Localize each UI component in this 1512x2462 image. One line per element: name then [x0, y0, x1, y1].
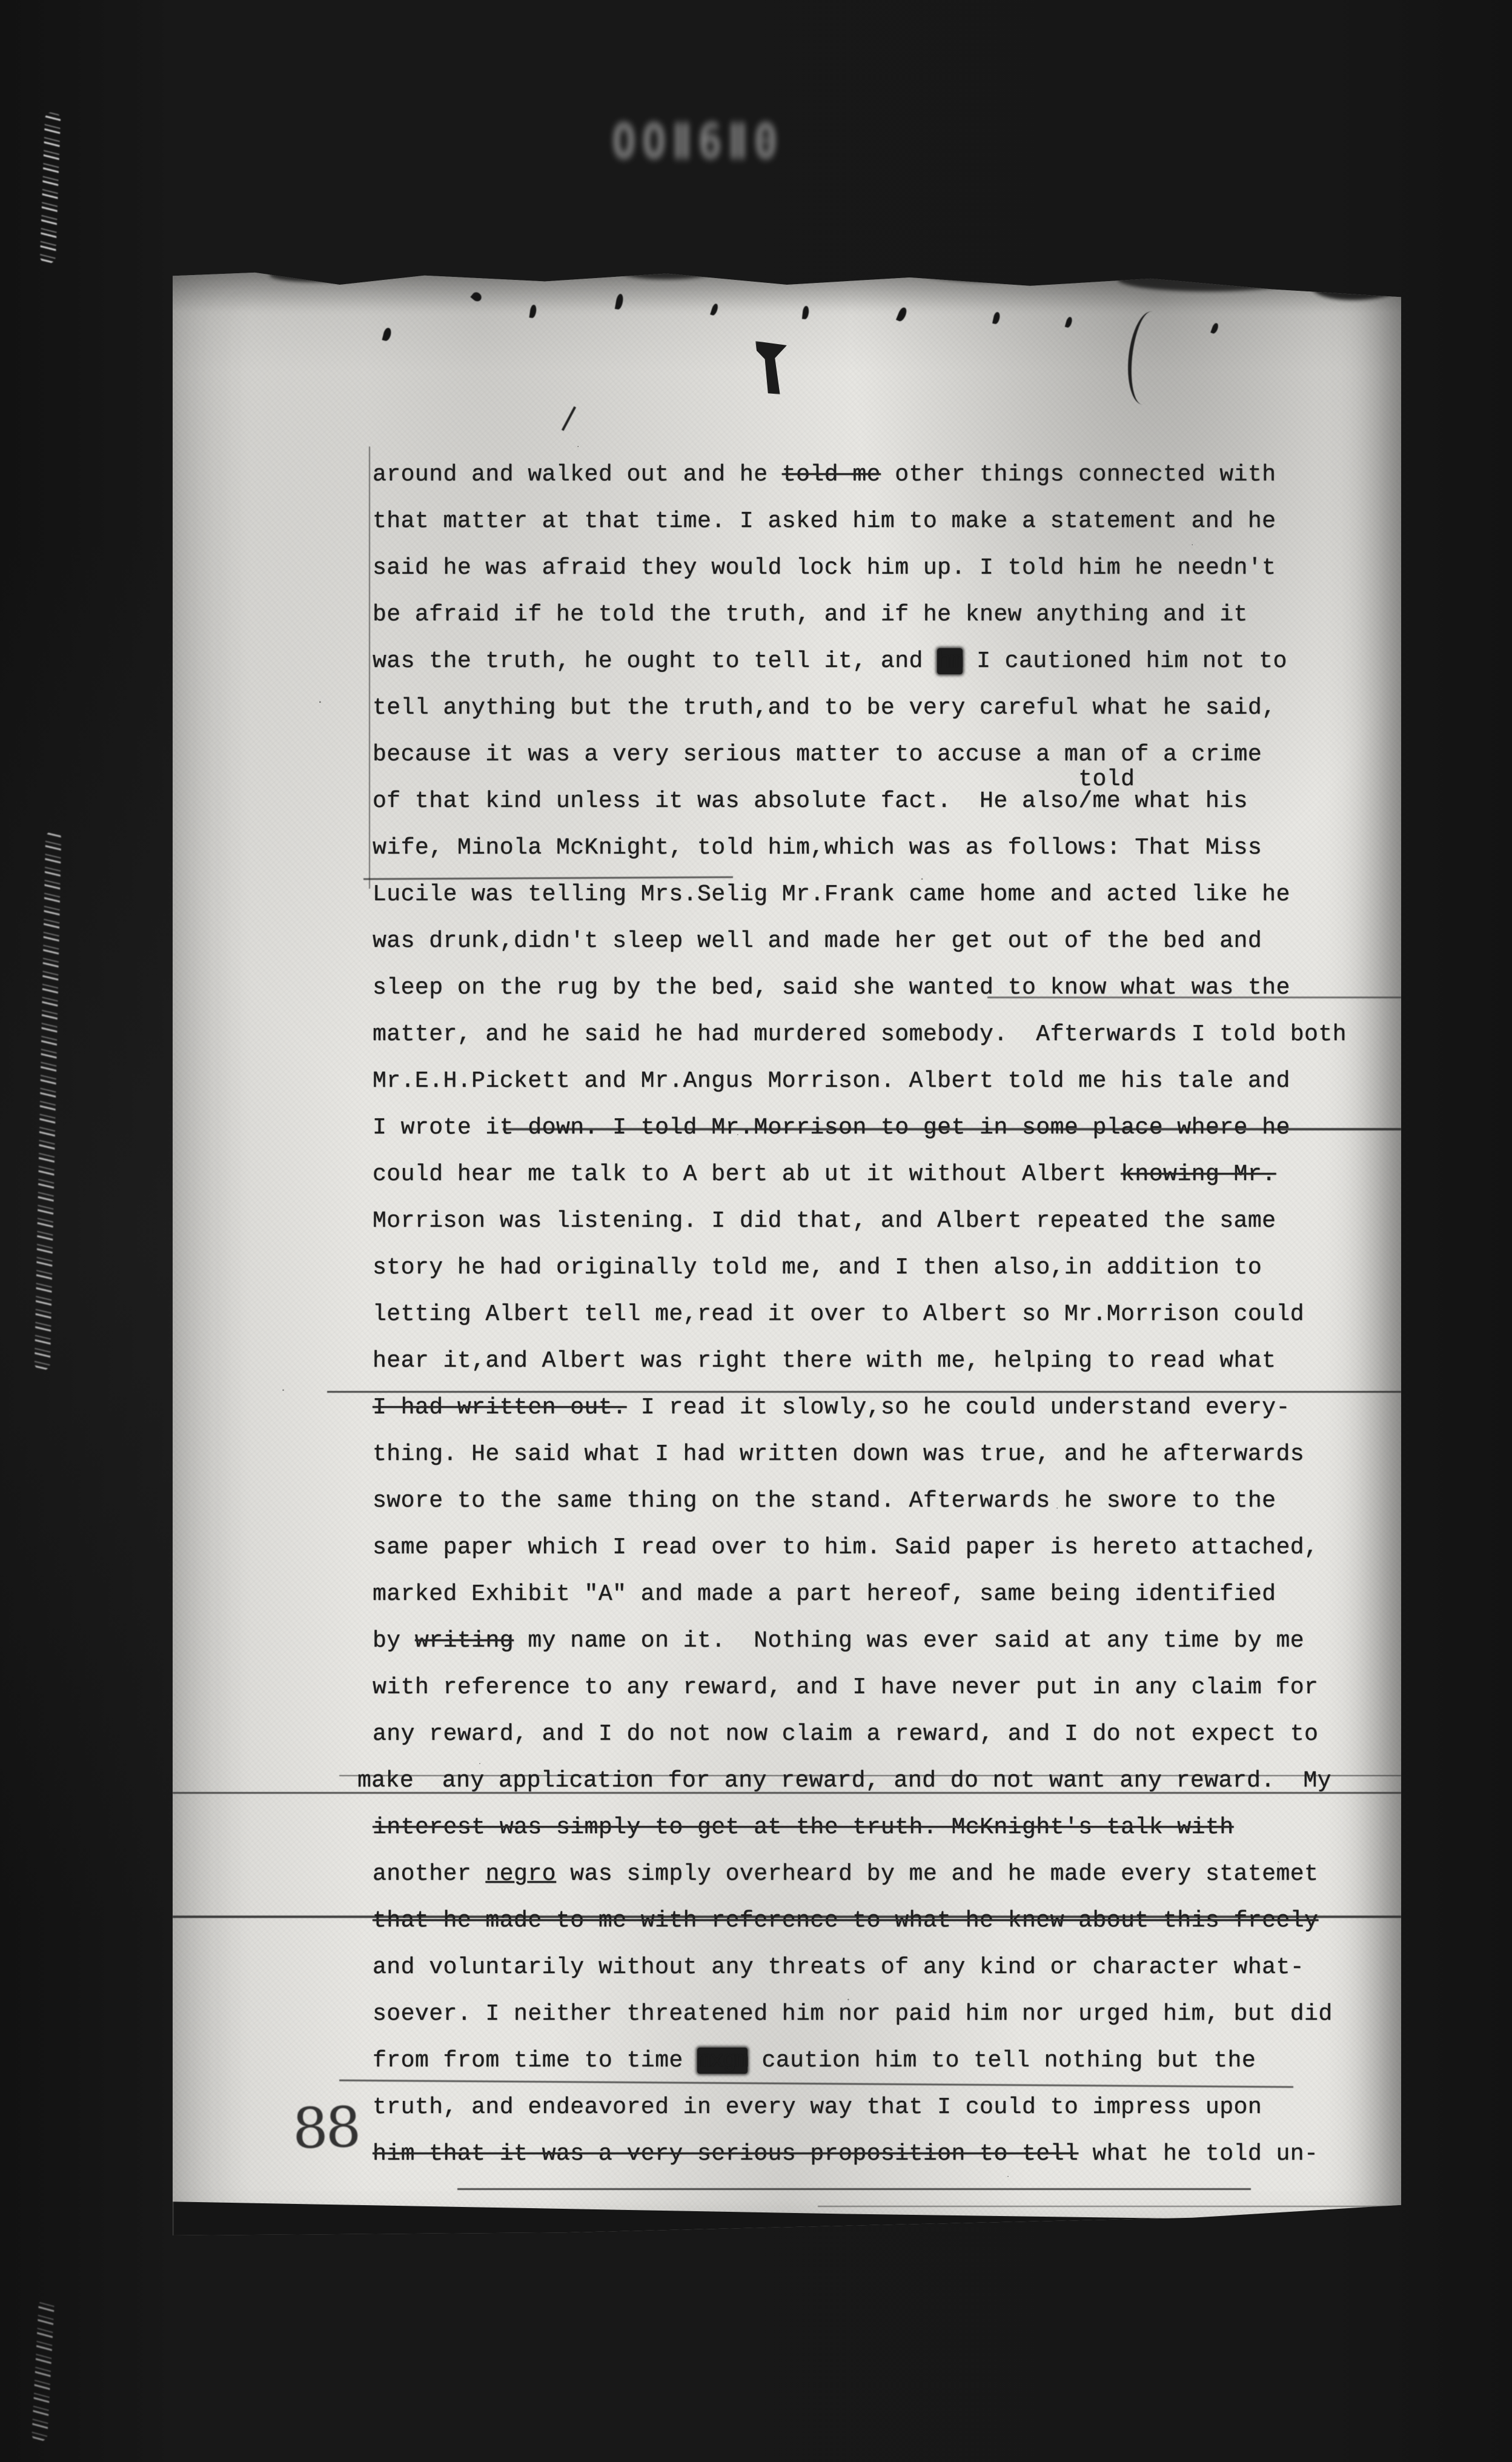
typed-segment: because it was a very serious matter to … — [373, 742, 1262, 768]
stray-slash-mark — [562, 406, 576, 431]
typed-segment: could hear me talk to A bert ab ut it wi… — [373, 1161, 1121, 1187]
typed-line-12: sleep on the rug by the bed, said she wa… — [373, 964, 1372, 1011]
typed-segment: soever. I neither threatened him nor pai… — [373, 2001, 1333, 2027]
typed-segment: by — [373, 1628, 415, 1654]
typed-segment: him that it was a very serious propositi… — [373, 2141, 1078, 2167]
typed-line-2: that matter at that time. I asked him to… — [373, 498, 1372, 545]
stray-ink-mark — [755, 341, 787, 394]
typed-segment: was drunk,didn't sleep well and made her… — [373, 928, 1262, 954]
typed-segment: that he made to me with reference to wha… — [373, 1908, 1318, 1934]
typed-segment: my name on it. Nothing was ever said at … — [514, 1628, 1304, 1654]
typed-line-27: with reference to any reward, and I have… — [373, 1664, 1372, 1711]
ink-speck — [710, 303, 719, 316]
page-number: 88 — [292, 2095, 360, 2162]
torn-edge-blob — [918, 264, 1033, 284]
typed-line-35: from from time to time mxgm caution him … — [373, 2037, 1372, 2084]
typed-segment: said he was afraid they would lock him u… — [373, 555, 1276, 581]
microfilm-frame: OOⅡ6Ⅱ0 around an — [0, 0, 1512, 2462]
typed-line-23: swore to the same thing on the stand. Af… — [373, 1478, 1372, 1524]
typed-segment: same paper which I read over to him. Sai… — [373, 1535, 1318, 1561]
typed-segment: negro — [485, 1861, 556, 1887]
typed-segment: thing. He said what I had written down w… — [373, 1441, 1304, 1467]
typed-line-37: him that it was a very serious propositi… — [373, 2131, 1372, 2177]
typed-segment: was simply overheard by me and he made e… — [556, 1861, 1318, 1887]
typed-line-19: letting Albert tell me,read it over to A… — [373, 1291, 1372, 1338]
bottom-torn-edge — [173, 2189, 1401, 2237]
typed-segment: wife, Minola McKnight, told him,which wa… — [373, 835, 1262, 861]
typed-line-3: said he was afraid they would lock him u… — [373, 545, 1372, 591]
typed-segment: Mr.E.H.Pickett and Mr.Angus Morrison. Al… — [373, 1068, 1290, 1094]
typed-line-14: Mr.E.H.Pickett and Mr.Angus Morrison. Al… — [373, 1058, 1372, 1104]
typed-line-30: interest was simply to get at the truth.… — [373, 1804, 1372, 1851]
typed-line-16: could hear me talk to A bert ab ut it wi… — [373, 1151, 1372, 1198]
torn-edge-blob — [621, 265, 712, 279]
typed-segment: matter, and he said he had murdered some… — [373, 1021, 1347, 1047]
typed-line-26: by writing my name on it. Nothing was ev… — [373, 1618, 1372, 1664]
typed-segment: caution him to tell nothing but the — [748, 2048, 1256, 2074]
typed-line-8: of that kind unless it was absolute fact… — [373, 778, 1372, 825]
typed-segment: I cautioned him not to — [963, 648, 1287, 674]
typed-segment: Lucile was telling Mrs.Selig Mr.Frank ca… — [373, 881, 1290, 907]
typed-line-36: truth, and endeavored in every way that … — [373, 2084, 1372, 2131]
typed-segment: I read it slowly,so he could understand … — [626, 1395, 1290, 1421]
typed-segment: from from time to time — [373, 2048, 697, 2074]
typed-segment: writing — [415, 1628, 514, 1654]
typed-line-34: soever. I neither threatened him nor pai… — [373, 1991, 1372, 2037]
typed-segment: marked Exhibit "A" and made a part hereo… — [373, 1581, 1276, 1607]
typed-line-28: any reward, and I do not now claim a rew… — [373, 1711, 1372, 1757]
typed-segment: I wrote it down. I told Mr.Morrison to g… — [373, 1115, 1290, 1141]
film-edge-scratch — [31, 2298, 55, 2441]
typed-segment: what he told un- — [1078, 2141, 1318, 2167]
ink-speck — [802, 306, 809, 320]
typed-segment: hm — [937, 648, 963, 674]
typed-line-20: hear it,and Albert was right there with … — [373, 1338, 1372, 1384]
typed-segment: was the truth, he ought to tell it, and — [373, 648, 937, 674]
typed-segment: story he had originally told me, and I t… — [373, 1255, 1262, 1281]
typed-line-13: matter, and he said he had murdered some… — [373, 1011, 1372, 1058]
typed-segment: that matter at that time. I asked him to… — [373, 508, 1276, 534]
scanned-document-page: around and walked out and he told me oth… — [173, 270, 1401, 2235]
torn-edge-blob — [1311, 266, 1410, 302]
typed-line-10: Lucile was telling Mrs.Selig Mr.Frank ca… — [373, 871, 1372, 918]
typed-line-6: tell anything but the truth,and to be ve… — [373, 685, 1372, 731]
typed-segment: any reward, and I do not now claim a rew… — [373, 1721, 1318, 1747]
typed-line-31: another negro was simply overheard by me… — [373, 1851, 1372, 1897]
ink-speck — [529, 304, 537, 318]
typed-line-5: was the truth, he ought to tell it, and … — [373, 638, 1372, 685]
film-edge-scratch — [40, 112, 61, 264]
typed-line-32: that he made to me with reference to wha… — [373, 1897, 1372, 1944]
typed-line-1: around and walked out and he told me oth… — [373, 451, 1372, 498]
film-frame-number-stamp: OOⅡ6Ⅱ0 — [612, 114, 951, 201]
typed-segment: knowing Mr. — [1121, 1161, 1276, 1187]
typed-segment: make any application for any reward, and… — [357, 1768, 1331, 1794]
ink-speck — [470, 290, 483, 303]
typed-segment: told me — [782, 462, 881, 488]
typed-line-18: story he had originally told me, and I t… — [373, 1244, 1372, 1291]
typed-segment: tell anything but the truth,and to be ve… — [373, 695, 1276, 721]
typed-line-9: wife, Minola McKnight, told him,which wa… — [373, 825, 1372, 871]
typed-line-21: I had written out. I read it slowly,so h… — [373, 1384, 1372, 1431]
typed-segment: other things connected with — [881, 462, 1276, 488]
ink-speck — [615, 293, 624, 310]
typed-line-7: because it was a very serious matter to … — [373, 731, 1372, 778]
typed-segment: truth, and endeavored in every way that … — [373, 2094, 1262, 2120]
torn-edge-blob — [1118, 267, 1299, 291]
ink-speck — [992, 311, 1001, 325]
typed-segment: of that kind unless it was absolute fact… — [373, 788, 1078, 814]
typed-segment: and voluntarily without any threats of a… — [373, 1954, 1304, 1980]
typed-line-17: Morrison was listening. I did that, and … — [373, 1198, 1372, 1244]
typed-segment: swore to the same thing on the stand. Af… — [373, 1488, 1276, 1514]
typed-line-29: make any application for any reward, and… — [357, 1757, 1372, 1804]
typed-segment: Morrison was listening. I did that, and … — [373, 1208, 1276, 1234]
typed-line-33: and voluntarily without any threats of a… — [373, 1944, 1372, 1991]
ink-speck — [382, 327, 393, 342]
typed-segment: letting Albert tell me,read it over to A… — [373, 1301, 1304, 1327]
typed-segment: be afraid if he told the truth, and if h… — [373, 602, 1248, 628]
typed-segment: sleep on the rug by the bed, said she wa… — [373, 975, 1290, 1001]
typed-segment: another — [373, 1861, 485, 1887]
typed-segment: around and walked out and he — [373, 462, 782, 488]
typed-text: around and walked out and he told me oth… — [373, 451, 1372, 2177]
left-margin-rule — [369, 446, 370, 889]
torn-edge-blob — [270, 261, 397, 284]
ink-speck — [1210, 322, 1219, 334]
typed-line-4: be afraid if he told the truth, and if h… — [373, 591, 1372, 638]
typed-segment: I had written out. — [373, 1395, 626, 1421]
typed-segment: hear it,and Albert was right there with … — [373, 1348, 1276, 1374]
typed-line-25: marked Exhibit "A" and made a part hereo… — [373, 1571, 1372, 1618]
typed-line-24: same paper which I read over to him. Sai… — [373, 1524, 1372, 1571]
scan-line — [818, 2206, 1399, 2207]
film-edge-scratch — [35, 831, 62, 1370]
typed-line-11: was drunk,didn't sleep well and made her… — [373, 918, 1372, 964]
typed-segment: mxgm — [697, 2048, 748, 2074]
typed-line-22: thing. He said what I had written down w… — [373, 1431, 1372, 1478]
ink-speck — [896, 307, 908, 323]
scan-line — [457, 2188, 1251, 2190]
typed-segment: with reference to any reward, and I have… — [373, 1674, 1318, 1701]
ink-speck — [1065, 316, 1073, 328]
typed-line-15: I wrote it down. I told Mr.Morrison to g… — [373, 1104, 1372, 1151]
typed-segment: interest was simply to get at the truth.… — [373, 1814, 1234, 1840]
stray-paren-mark — [1124, 310, 1165, 406]
